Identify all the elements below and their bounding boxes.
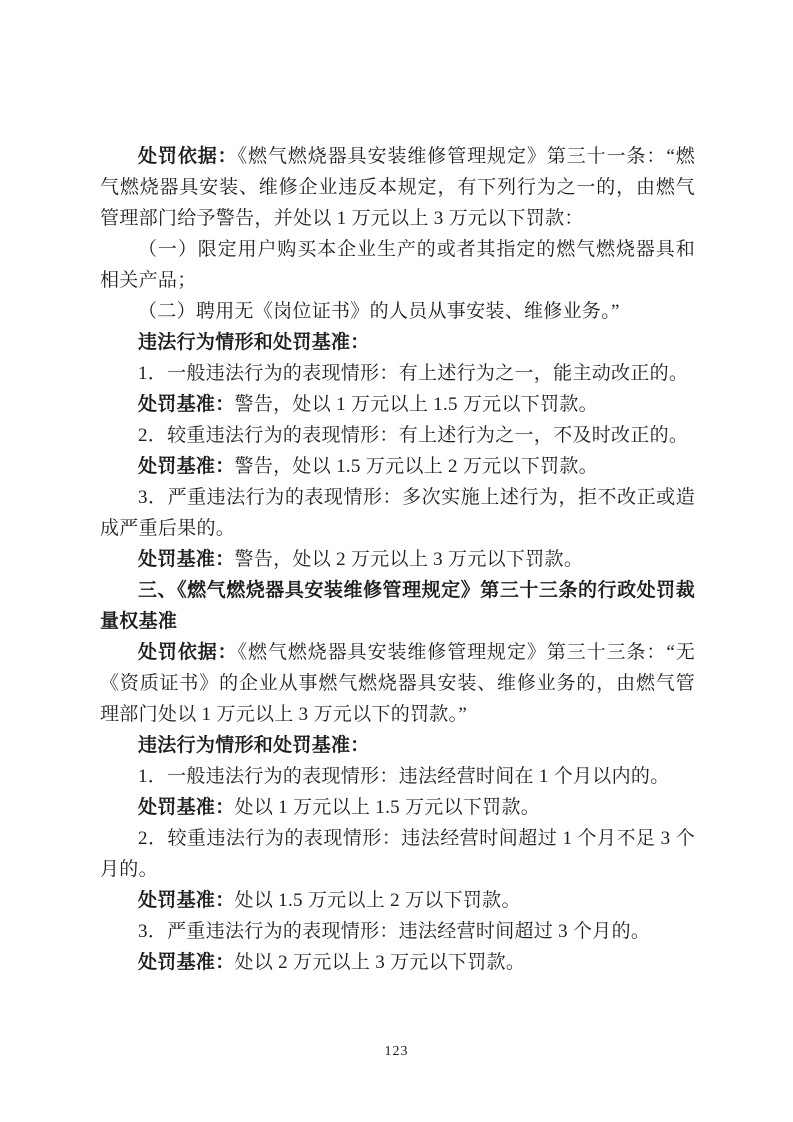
bold-label: 处罚基准： bbox=[138, 549, 235, 570]
penalty-standard-1-33: 处罚基准：处以 1 万元以上 1.5 万元以下罚款。 bbox=[100, 792, 695, 823]
text-segment: （一）限定用户购买本企业生产的或者其指定的燃气燃烧器具和相关产品； bbox=[100, 239, 695, 291]
text-segment: 处以 2 万元以上 3 万元以下罚款。 bbox=[235, 952, 526, 973]
violation-item-2: （二）聘用无《岗位证书》的人员从事安装、维修业务。” bbox=[100, 296, 695, 327]
text-segment: 警告，处以 1 万元以上 1.5 万元以下罚款。 bbox=[235, 394, 598, 415]
case-2-heavier-31: 2．较重违法行为的表现情形：有上述行为之一，不及时改正的。 bbox=[100, 420, 695, 451]
bold-label: 处罚基准： bbox=[138, 952, 235, 973]
document-body: 处罚依据：《燃气燃烧器具安装维修管理规定》第三十一条：“燃气燃烧器具安装、维修企… bbox=[100, 141, 695, 978]
section-heading-article-33: 三、《燃气燃烧器具安装维修管理规定》第三十三条的行政处罚裁量权基准 bbox=[100, 575, 695, 637]
violation-item-1: （一）限定用户购买本企业生产的或者其指定的燃气燃烧器具和相关产品； bbox=[100, 234, 695, 296]
text-segment: 3．严重违法行为的表现情形：多次实施上述行为，拒不改正或造成严重后果的。 bbox=[100, 487, 695, 539]
text-segment: 处以 1.5 万元以上 2 万以下罚款。 bbox=[235, 890, 521, 911]
text-segment: 警告，处以 1.5 万元以上 2 万元以下罚款。 bbox=[235, 456, 598, 477]
penalty-standard-3-33: 处罚基准：处以 2 万元以上 3 万元以下罚款。 bbox=[100, 947, 695, 978]
case-3-serious-31: 3．严重违法行为的表现情形：多次实施上述行为，拒不改正或造成严重后果的。 bbox=[100, 482, 695, 544]
text-segment: 警告，处以 2 万元以上 3 万元以下罚款。 bbox=[235, 549, 584, 570]
case-1-general-33: 1．一般违法行为的表现情形：违法经营时间在 1 个月以内的。 bbox=[100, 761, 695, 792]
penalty-basis-article-31: 处罚依据：《燃气燃烧器具安装维修管理规定》第三十一条：“燃气燃烧器具安装、维修企… bbox=[100, 141, 695, 234]
penalty-standard-2-33: 处罚基准：处以 1.5 万元以上 2 万以下罚款。 bbox=[100, 885, 695, 916]
standards-heading-33: 违法行为情形和处罚基准： bbox=[100, 730, 695, 761]
text-segment: 1．一般违法行为的表现情形：有上述行为之一，能主动改正的。 bbox=[138, 363, 688, 384]
bold-label: 处罚依据： bbox=[138, 642, 238, 663]
case-1-general-31: 1．一般违法行为的表现情形：有上述行为之一，能主动改正的。 bbox=[100, 358, 695, 389]
bold-label: 处罚基准： bbox=[138, 456, 235, 477]
text-segment: 3．严重违法行为的表现情形：违法经营时间超过 3 个月的。 bbox=[138, 921, 650, 942]
page-footer: 123 bbox=[0, 1042, 793, 1060]
bold-label: 违法行为情形和处罚基准： bbox=[138, 735, 370, 756]
bold-label: 处罚基准： bbox=[138, 394, 235, 415]
document-page: 处罚依据：《燃气燃烧器具安装维修管理规定》第三十一条：“燃气燃烧器具安装、维修企… bbox=[0, 0, 793, 1122]
text-segment: （二）聘用无《岗位证书》的人员从事安装、维修业务。” bbox=[138, 301, 620, 322]
text-segment: 2．较重违法行为的表现情形：违法经营时间超过 1 个月不足 3 个月的。 bbox=[100, 828, 695, 880]
text-segment: 2．较重违法行为的表现情形：有上述行为之一，不及时改正的。 bbox=[138, 425, 688, 446]
bold-label: 三、《燃气燃烧器具安装维修管理规定》第三十三条的行政处罚裁量权基准 bbox=[100, 580, 695, 632]
penalty-standard-3-31: 处罚基准：警告，处以 2 万元以上 3 万元以下罚款。 bbox=[100, 544, 695, 575]
bold-label: 处罚基准： bbox=[138, 797, 235, 818]
bold-label: 处罚基准： bbox=[138, 890, 235, 911]
text-segment: 1．一般违法行为的表现情形：违法经营时间在 1 个月以内的。 bbox=[138, 766, 670, 787]
case-2-heavier-33: 2．较重违法行为的表现情形：违法经营时间超过 1 个月不足 3 个月的。 bbox=[100, 823, 695, 885]
page-number: 123 bbox=[385, 1044, 409, 1059]
standards-heading-31: 违法行为情形和处罚基准： bbox=[100, 327, 695, 358]
penalty-standard-2-31: 处罚基准：警告，处以 1.5 万元以上 2 万元以下罚款。 bbox=[100, 451, 695, 482]
bold-label: 违法行为情形和处罚基准： bbox=[138, 332, 370, 353]
penalty-basis-article-33: 处罚依据：《燃气燃烧器具安装维修管理规定》第三十三条：“无《资质证书》的企业从事… bbox=[100, 637, 695, 730]
text-segment: 处以 1 万元以上 1.5 万元以下罚款。 bbox=[235, 797, 541, 818]
case-3-serious-33: 3．严重违法行为的表现情形：违法经营时间超过 3 个月的。 bbox=[100, 916, 695, 947]
penalty-standard-1-31: 处罚基准：警告，处以 1 万元以上 1.5 万元以下罚款。 bbox=[100, 389, 695, 420]
bold-label: 处罚依据： bbox=[138, 146, 238, 167]
